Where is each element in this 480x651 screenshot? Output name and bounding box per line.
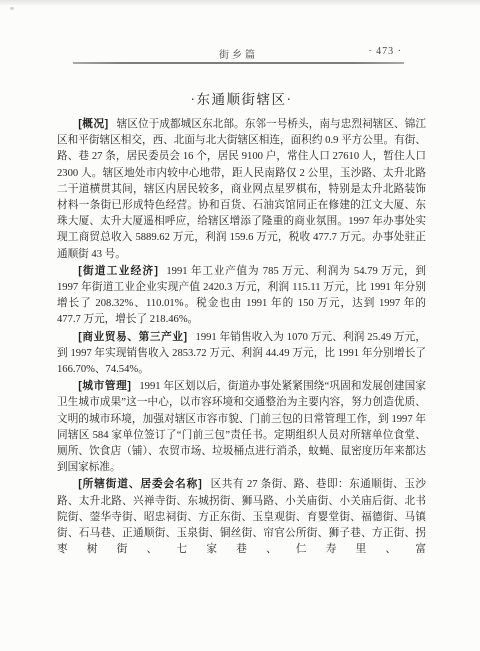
paragraph-city-management: [城市管理]1991 年区划以后，街道办事处紧紧围绕“巩固和发展创建国家卫生城市… [57, 378, 426, 476]
paragraph-overview: [概况]辖区位于成都城区东北部。东邻一号桥头，南与忠烈祠辖区、锦江区和平街辖区相… [57, 116, 426, 263]
scan-artifact [10, 7, 14, 10]
running-header: 街乡篇 · 473 · [73, 46, 404, 61]
paragraph-label: [商业贸易、第三产业] [78, 331, 187, 343]
paragraph-street-industry: [街道工业经济]1991 年工业产值为 785 万元、利润为 54.79 万元，… [57, 263, 426, 329]
paragraph-text: 1991 年区划以后，街道办事处紧紧围绕“巩固和发展创建国家卫生城市成果”这一中… [57, 381, 426, 473]
paragraph-street-names: [所辖街道、居委会名称]区共有 27 条街、路、巷即：东通顺街、玉沙路、太升北路… [57, 476, 426, 558]
paragraph-label: [街道工业经济] [78, 265, 158, 277]
header-rule [73, 62, 404, 64]
paragraph-label: [城市管理] [78, 380, 131, 392]
scanned-book-page: 街乡篇 · 473 · ·东通顺街辖区· [概况]辖区位于成都城区东北部。东邻一… [0, 0, 480, 651]
paragraph-text: 辖区位于成都城区东北部。东邻一号桥头，南与忠烈祠辖区、锦江区和平街辖区相交，西、… [57, 119, 426, 260]
article-body: [概况]辖区位于成都城区东北部。东邻一号桥头，南与忠烈祠辖区、锦江区和平街辖区相… [57, 116, 426, 558]
page-number: · 473 · [368, 46, 402, 57]
paragraph-commerce-tertiary: [商业贸易、第三产业]1991 年销售收入为 1070 万元、利润 25.49 … [57, 329, 426, 379]
running-header-section-title: 街乡篇 [73, 46, 404, 61]
article-title: ·东通顺街辖区· [57, 88, 426, 108]
paragraph-label: [所辖街道、居委会名称] [78, 478, 202, 490]
scan-edge-shadow [0, 0, 480, 6]
paragraph-text: 区共有 27 条街、路、巷即：东通顺街、玉沙路、太升北路、兴禅寺街、东城拐街、狮… [57, 479, 426, 555]
paragraph-label: [概况] [78, 118, 108, 130]
